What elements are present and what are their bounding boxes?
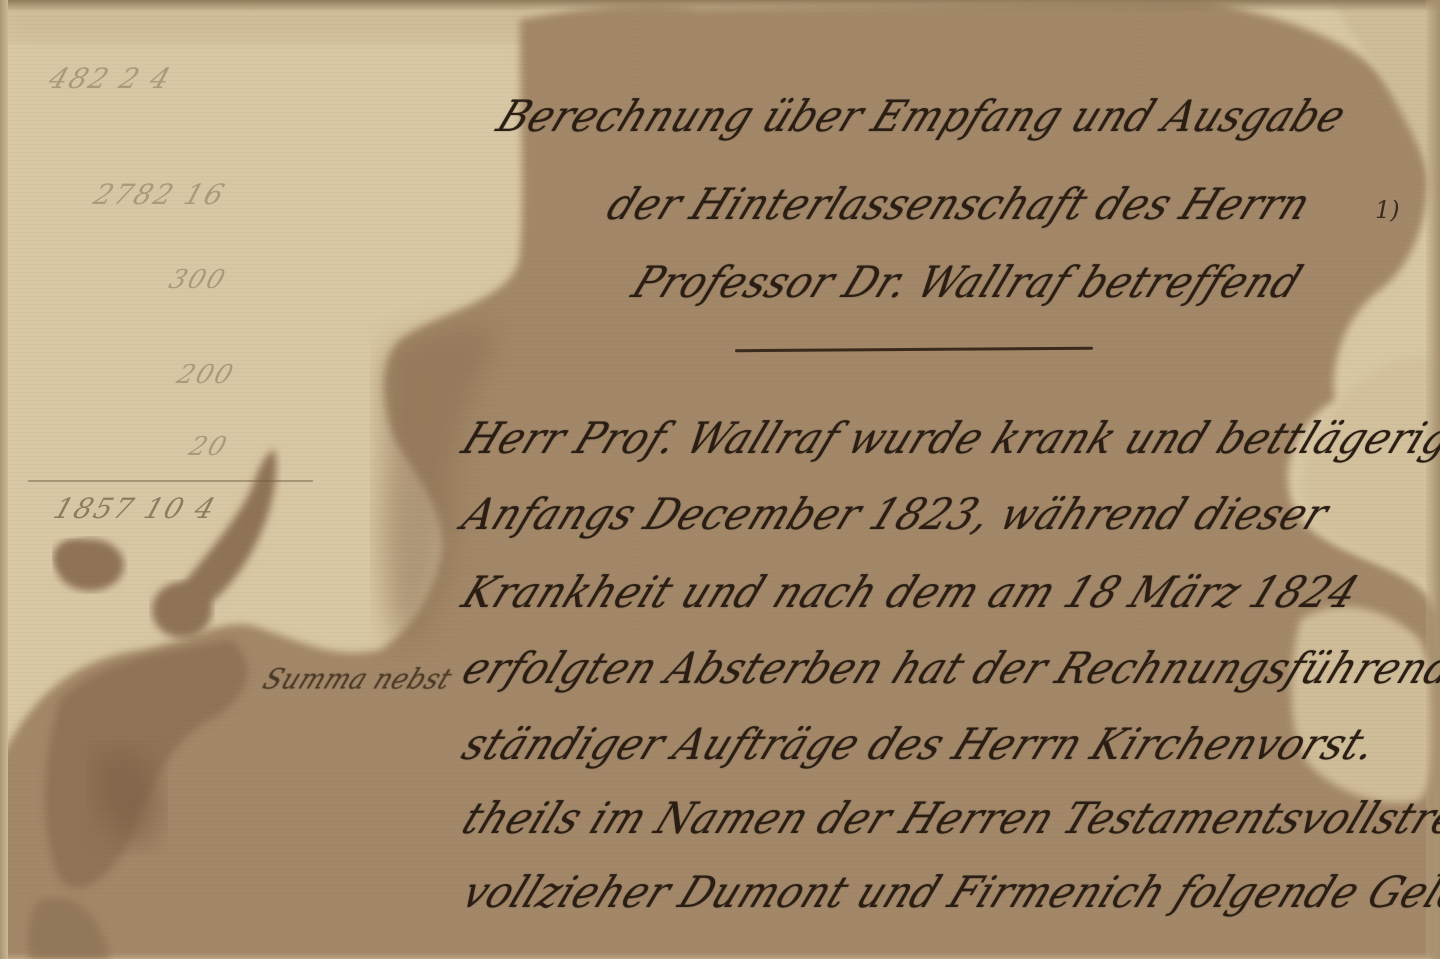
bleed-figure: 200	[173, 360, 238, 390]
scan-edge-left	[0, 0, 8, 959]
body-line-5: ständiger Aufträge des Herrn Kirchenvors…	[455, 720, 1385, 770]
margin-note: Summa nebst	[258, 664, 457, 696]
body-line-4: erfolgten Absterben hat der Rechnungsfüh…	[455, 644, 1440, 694]
body-line-2: Anfangs December 1823, während dieser	[455, 490, 1336, 540]
bleed-figure: 1857 10 4	[50, 492, 221, 525]
body-line-1: Herr Prof. Wallraf wurde krank und bettl…	[455, 414, 1440, 464]
bleed-rule	[28, 480, 313, 482]
bleed-figure: 482 2 4	[45, 62, 177, 95]
heading-line-2: der Hinterlassenschaft des Herrn	[600, 180, 1318, 230]
body-line-3: Krankheit und nach dem am 18 März 1824	[455, 568, 1366, 618]
manuscript-page: 482 2 4 2782 16 300 200 20 1857 10 4 Ber…	[0, 0, 1440, 959]
bleed-figure: 2782 16	[90, 178, 231, 211]
body-line-6: theils im Namen der Herren Testamentsvol…	[455, 794, 1440, 844]
scan-edge-top	[0, 0, 1440, 12]
bleed-figure: 300	[165, 265, 230, 295]
heading-line-3: Professor Dr. Wallraf betreffend	[625, 258, 1309, 308]
heading-line-1: Berechnung über Empfang und Ausgabe	[490, 92, 1353, 142]
footnote-mark: 1)	[1375, 196, 1400, 224]
body-line-7: vollzieher Dumont und Firmenich folgende…	[455, 868, 1440, 918]
